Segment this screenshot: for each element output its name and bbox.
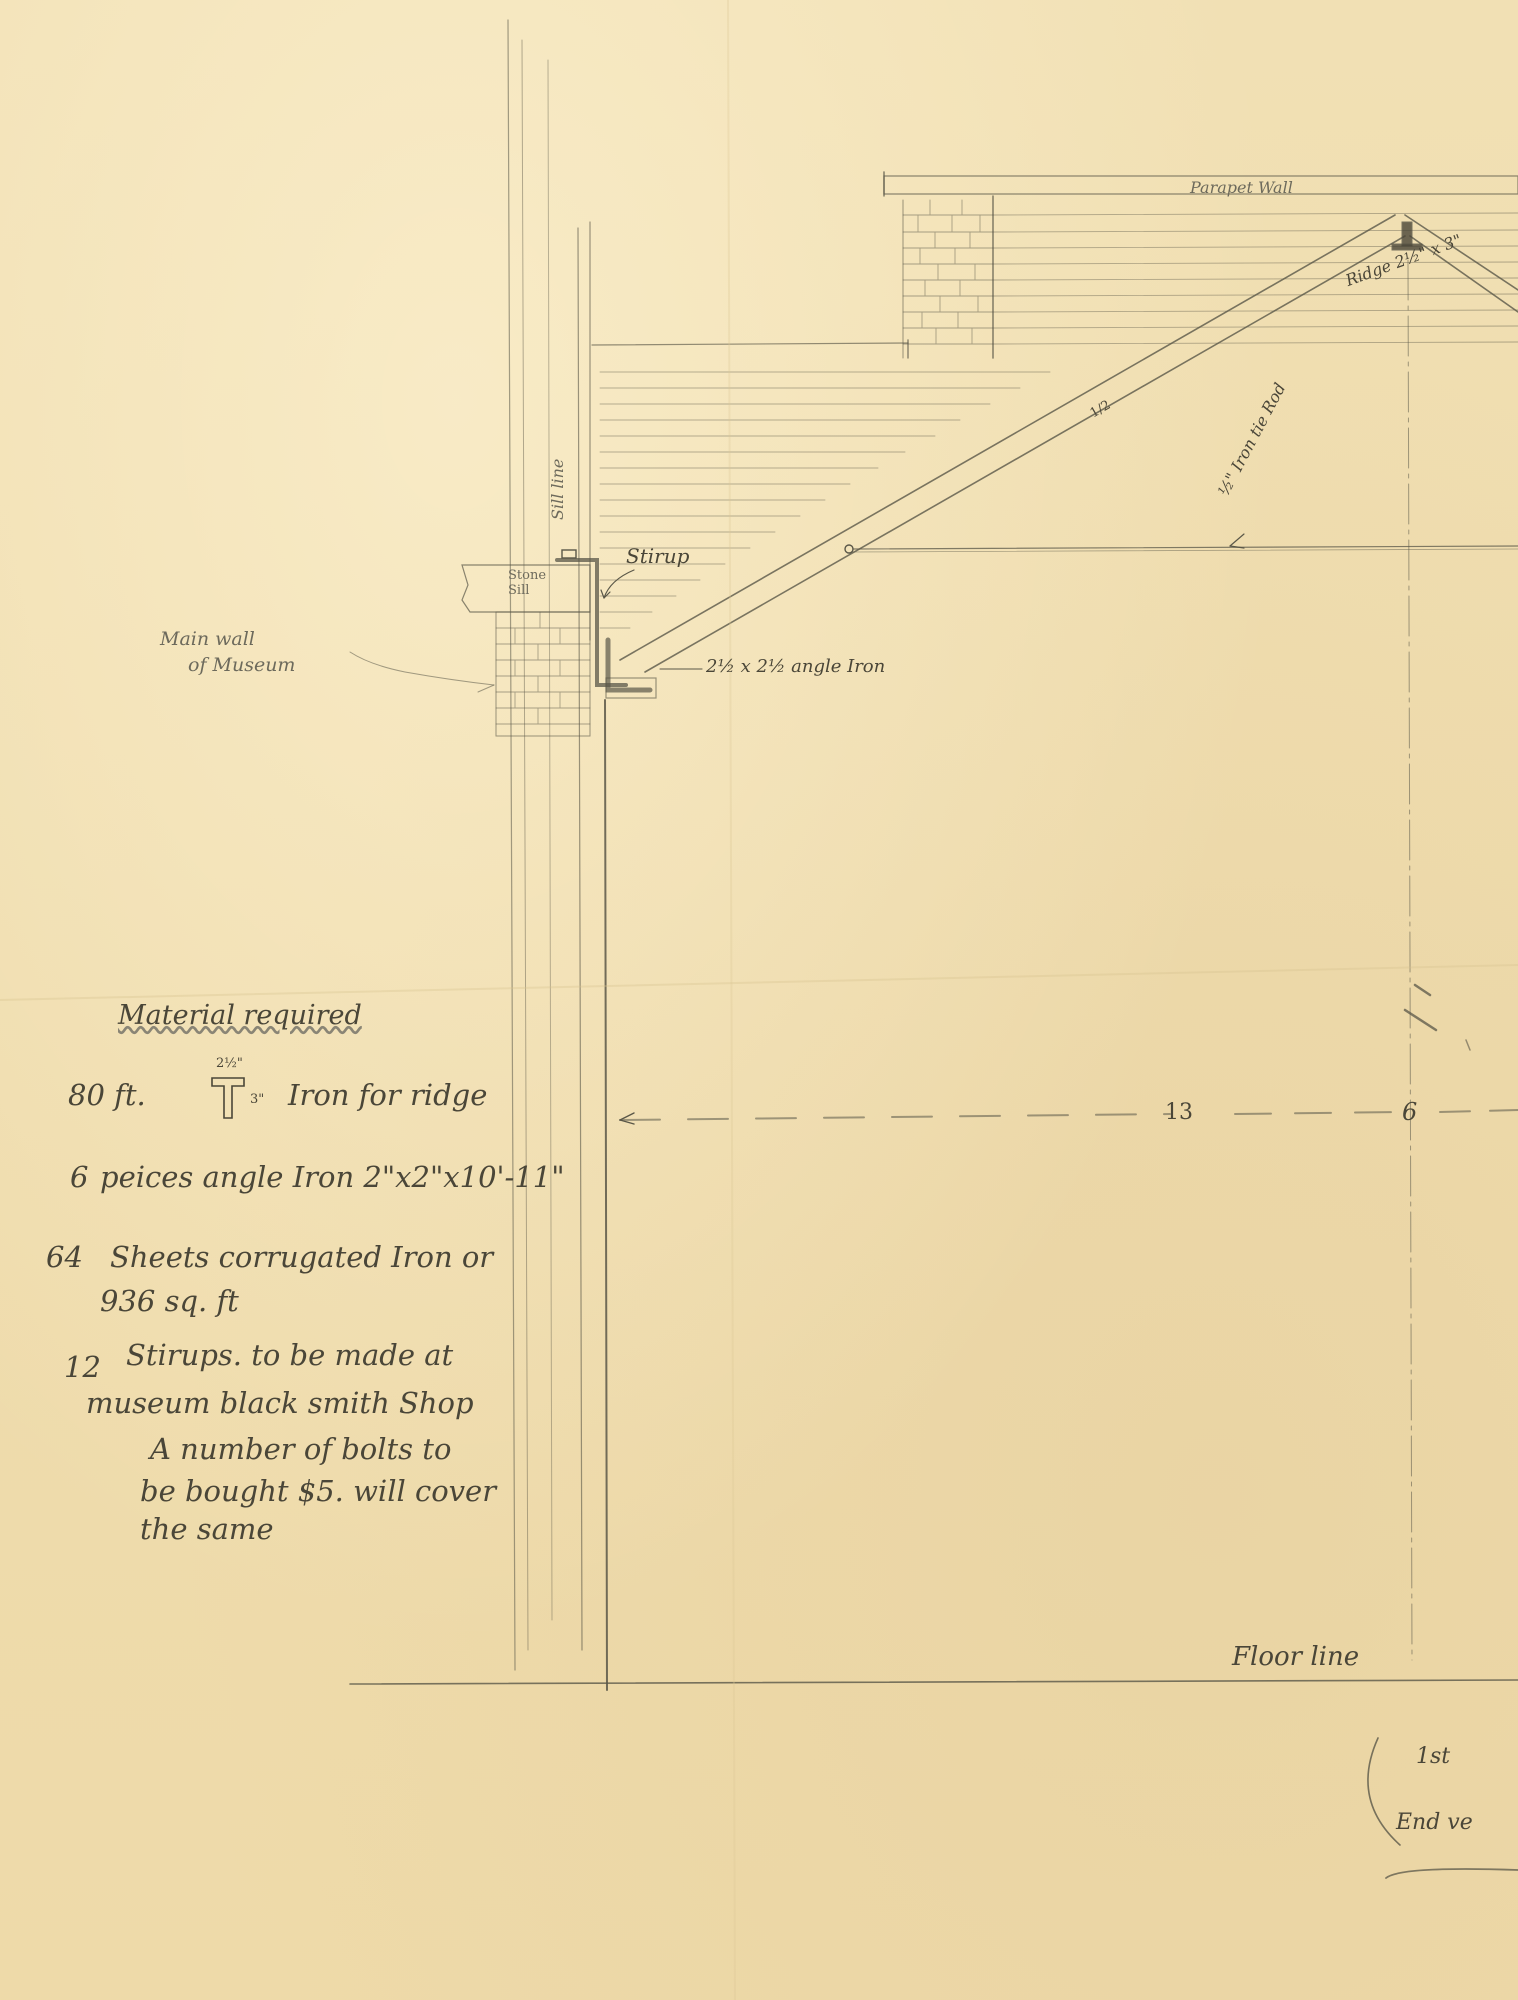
material-text: Sheets corrugated Iron or [110,1240,493,1274]
material-qty: 6 [70,1160,88,1194]
stirrup-label: Stirup [626,544,689,568]
end-view-label-2: End ve [1396,1810,1473,1835]
material-qty: 12 [64,1350,101,1384]
material-qty: 64 [46,1240,83,1274]
main-wall-label-1: Main wall [160,628,255,650]
floor-line-label: Floor line [1232,1642,1359,1672]
material-text: 936 sq. ft [100,1284,239,1318]
material-text: the same [140,1512,274,1546]
material-text: A number of bolts to [150,1432,451,1466]
material-text: museum black smith Shop [86,1386,474,1420]
material-text: peices angle Iron 2"x2"x10'-11" [100,1160,565,1194]
document-sheet: Parapet Wall Ridge 2½" x 3" 1/2 ½" Iron … [0,0,1518,2000]
angle-iron-label: 2½ x 2½ angle Iron [706,656,885,677]
sill-line-label: Sill line [548,459,567,520]
tee-section-icon [210,1070,250,1122]
side-mark-label: 6 [1402,1098,1417,1126]
parapet-wall-label: Parapet Wall [1190,178,1293,197]
material-text: Stirups. to be made at [126,1338,453,1372]
dimension-label: 13 [1165,1100,1193,1125]
end-view-label-1: 1st [1416,1744,1450,1769]
materials-title: Material required [118,1000,362,1031]
material-text: Iron for ridge [288,1078,487,1112]
material-qty: 80 ft. [68,1078,146,1112]
tee-height-dim: 3" [250,1092,264,1107]
tee-width-dim: 2½" [216,1056,243,1071]
material-text: be bought $5. will cover [140,1474,496,1508]
main-wall-label-2: of Museum [188,654,295,676]
stone-sill-label: Stone Sill [508,568,558,598]
